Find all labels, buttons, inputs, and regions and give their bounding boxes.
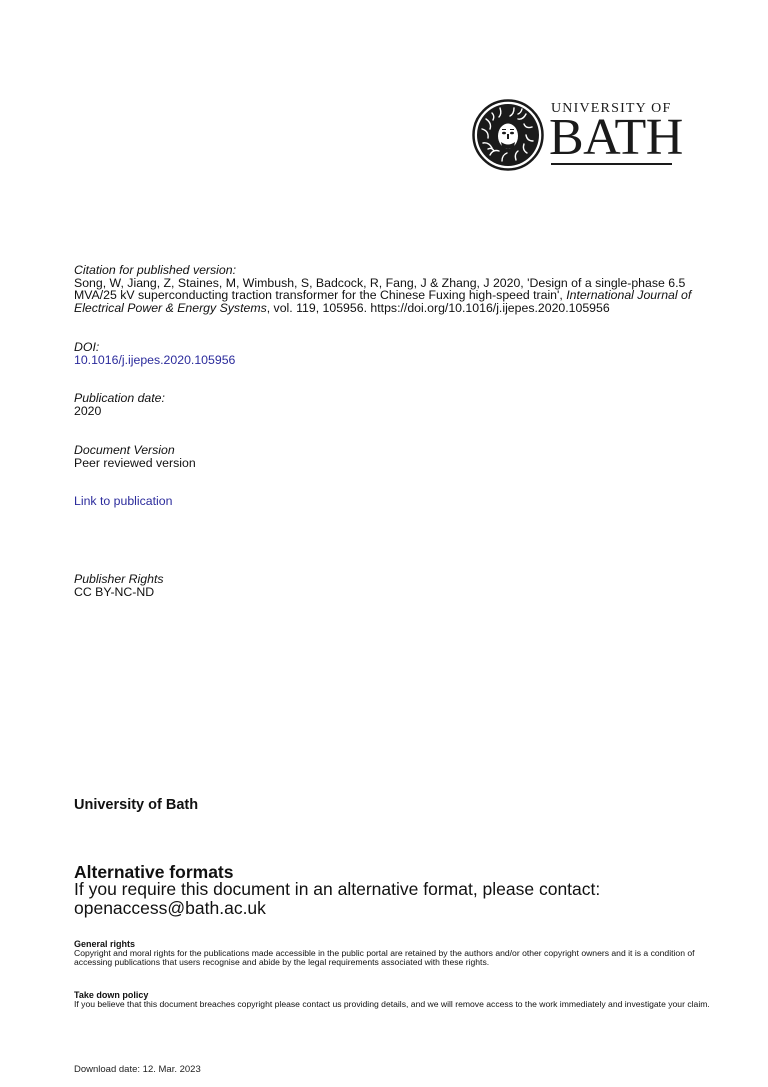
publication-date-value: 2020 [74, 405, 724, 418]
institution-name: University of Bath [74, 797, 198, 813]
take-down-body: If you believe that this document breach… [74, 1000, 724, 1009]
citation-section: Citation for published version: Song, W,… [74, 264, 724, 314]
sulis-minerva-medallion-icon [472, 99, 544, 171]
document-version-section: Document Version Peer reviewed version [74, 444, 724, 469]
publication-date-section: Publication date: 2020 [74, 392, 724, 417]
document-version-value: Peer reviewed version [74, 457, 724, 470]
general-rights-section: General rights Copyright and moral right… [74, 939, 724, 967]
download-date: Download date: 12. Mar. 2023 [74, 1064, 201, 1075]
take-down-section: Take down policy If you believe that thi… [74, 990, 724, 1009]
general-rights-body: Copyright and moral rights for the publi… [74, 949, 724, 967]
publisher-rights-label: Publisher Rights [74, 573, 724, 586]
doi-link[interactable]: 10.1016/j.ijepes.2020.105956 [74, 353, 235, 367]
publisher-rights-value: CC BY-NC-ND [74, 586, 724, 599]
logo-bath-text: BATH [549, 112, 683, 164]
alternative-formats-body: If you require this document in an alter… [74, 880, 754, 918]
citation-text-part2: , vol. 119, 105956. https://doi.org/10.1… [267, 301, 610, 315]
document-version-label: Document Version [74, 444, 724, 457]
alternative-formats-text: If you require this document in an alter… [74, 880, 754, 899]
link-section: Link to publication [74, 495, 724, 508]
logo-underline [551, 163, 672, 165]
link-to-publication[interactable]: Link to publication [74, 494, 172, 508]
contact-email[interactable]: openaccess@bath.ac.uk [74, 899, 754, 918]
university-logo: UNIVERSITY OF BATH [470, 97, 680, 173]
citation-text: Song, W, Jiang, Z, Staines, M, Wimbush, … [74, 277, 724, 315]
publication-date-label: Publication date: [74, 392, 724, 405]
doi-section: DOI: 10.1016/j.ijepes.2020.105956 [74, 341, 724, 366]
publisher-rights-section: Publisher Rights CC BY-NC-ND [74, 573, 724, 598]
